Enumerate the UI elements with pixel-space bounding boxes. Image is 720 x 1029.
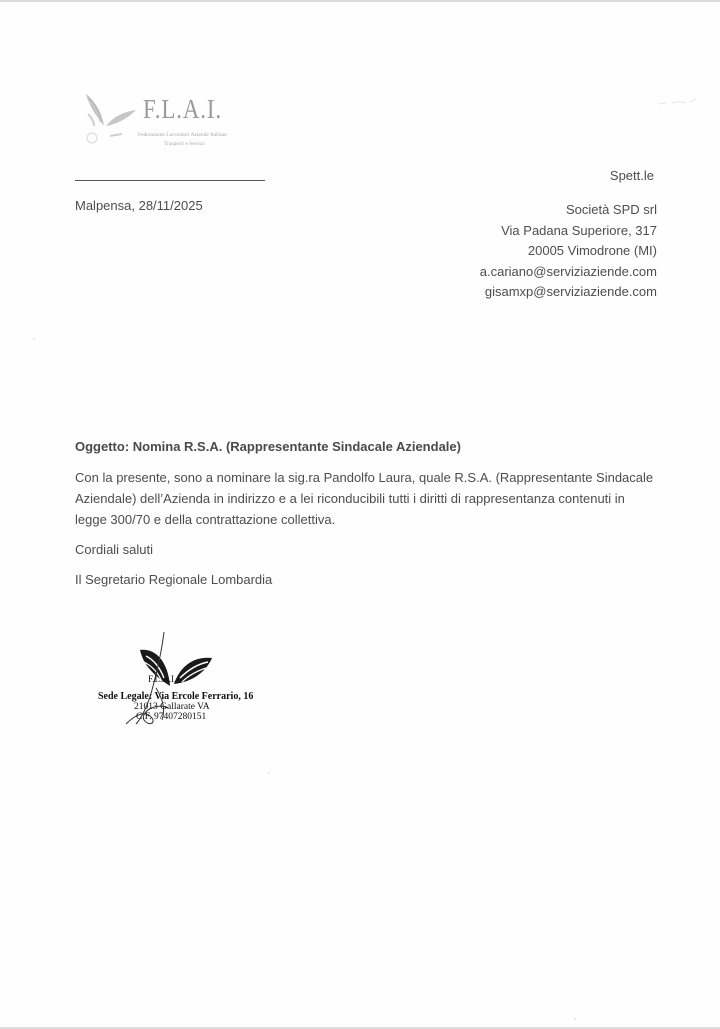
organization-full-name: Federazione Lavoratori Aziende Italiane bbox=[138, 132, 227, 138]
stamp-city: 21013 Gallarate VA bbox=[134, 702, 210, 712]
recipient-email: gisamxp@serviziaziende.com bbox=[480, 282, 657, 303]
organization-stamp: F.L.A.I. Sede Legale: Via Ercole Ferrari… bbox=[96, 628, 256, 728]
organization-short-name: F.L.A.I. bbox=[143, 94, 222, 125]
letter-body: Con la presente, sono a nominare la sig.… bbox=[75, 467, 675, 530]
scan-speck bbox=[268, 772, 270, 774]
recipient-city: 20005 Vimodrone (MI) bbox=[480, 241, 657, 262]
leaf-logo-icon bbox=[80, 90, 140, 152]
scan-speck bbox=[574, 1018, 576, 1020]
recipient-block: Spett.le Società SPD srl Via Padana Supe… bbox=[480, 166, 657, 303]
body-line: Con la presente, sono a nominare la sig.… bbox=[75, 467, 675, 488]
recipient-street: Via Padana Superiore, 317 bbox=[480, 221, 657, 242]
organization-sector: Trasporti e Servizi bbox=[164, 141, 205, 147]
recipient-salutation: Spett.le bbox=[480, 166, 654, 186]
stamp-brand: F.L.A.I. bbox=[148, 674, 176, 684]
stamp-tax-code: C.F. 97407280151 bbox=[136, 712, 206, 722]
letter-closing: Cordiali saluti bbox=[75, 539, 153, 560]
body-line: legge 300/70 e della contrattazione coll… bbox=[75, 509, 675, 530]
recipient-company: Società SPD srl bbox=[480, 200, 657, 221]
body-line: Aziendale) dell’Azienda in indirizzo e a… bbox=[75, 488, 675, 509]
document-page: F.L.A.I. Federazione Lavoratori Aziende … bbox=[0, 2, 720, 1027]
signature-line bbox=[75, 180, 265, 181]
stamp-address: Sede Legale: Via Ercole Ferrario, 16 bbox=[98, 692, 253, 702]
recipient-email: a.cariano@serviziaziende.com bbox=[480, 262, 657, 283]
scan-mark-icon bbox=[656, 98, 700, 106]
letterhead-logo: F.L.A.I. Federazione Lavoratori Aziende … bbox=[80, 90, 260, 152]
recipient-address: Società SPD srl Via Padana Superiore, 31… bbox=[480, 200, 657, 303]
letter-subject: Oggetto: Nomina R.S.A. (Rappresentante S… bbox=[75, 436, 461, 457]
scan-speck bbox=[33, 338, 35, 340]
place-date: Malpensa, 28/11/2025 bbox=[75, 195, 203, 216]
signer-title: Il Segretario Regionale Lombardia bbox=[75, 569, 272, 590]
